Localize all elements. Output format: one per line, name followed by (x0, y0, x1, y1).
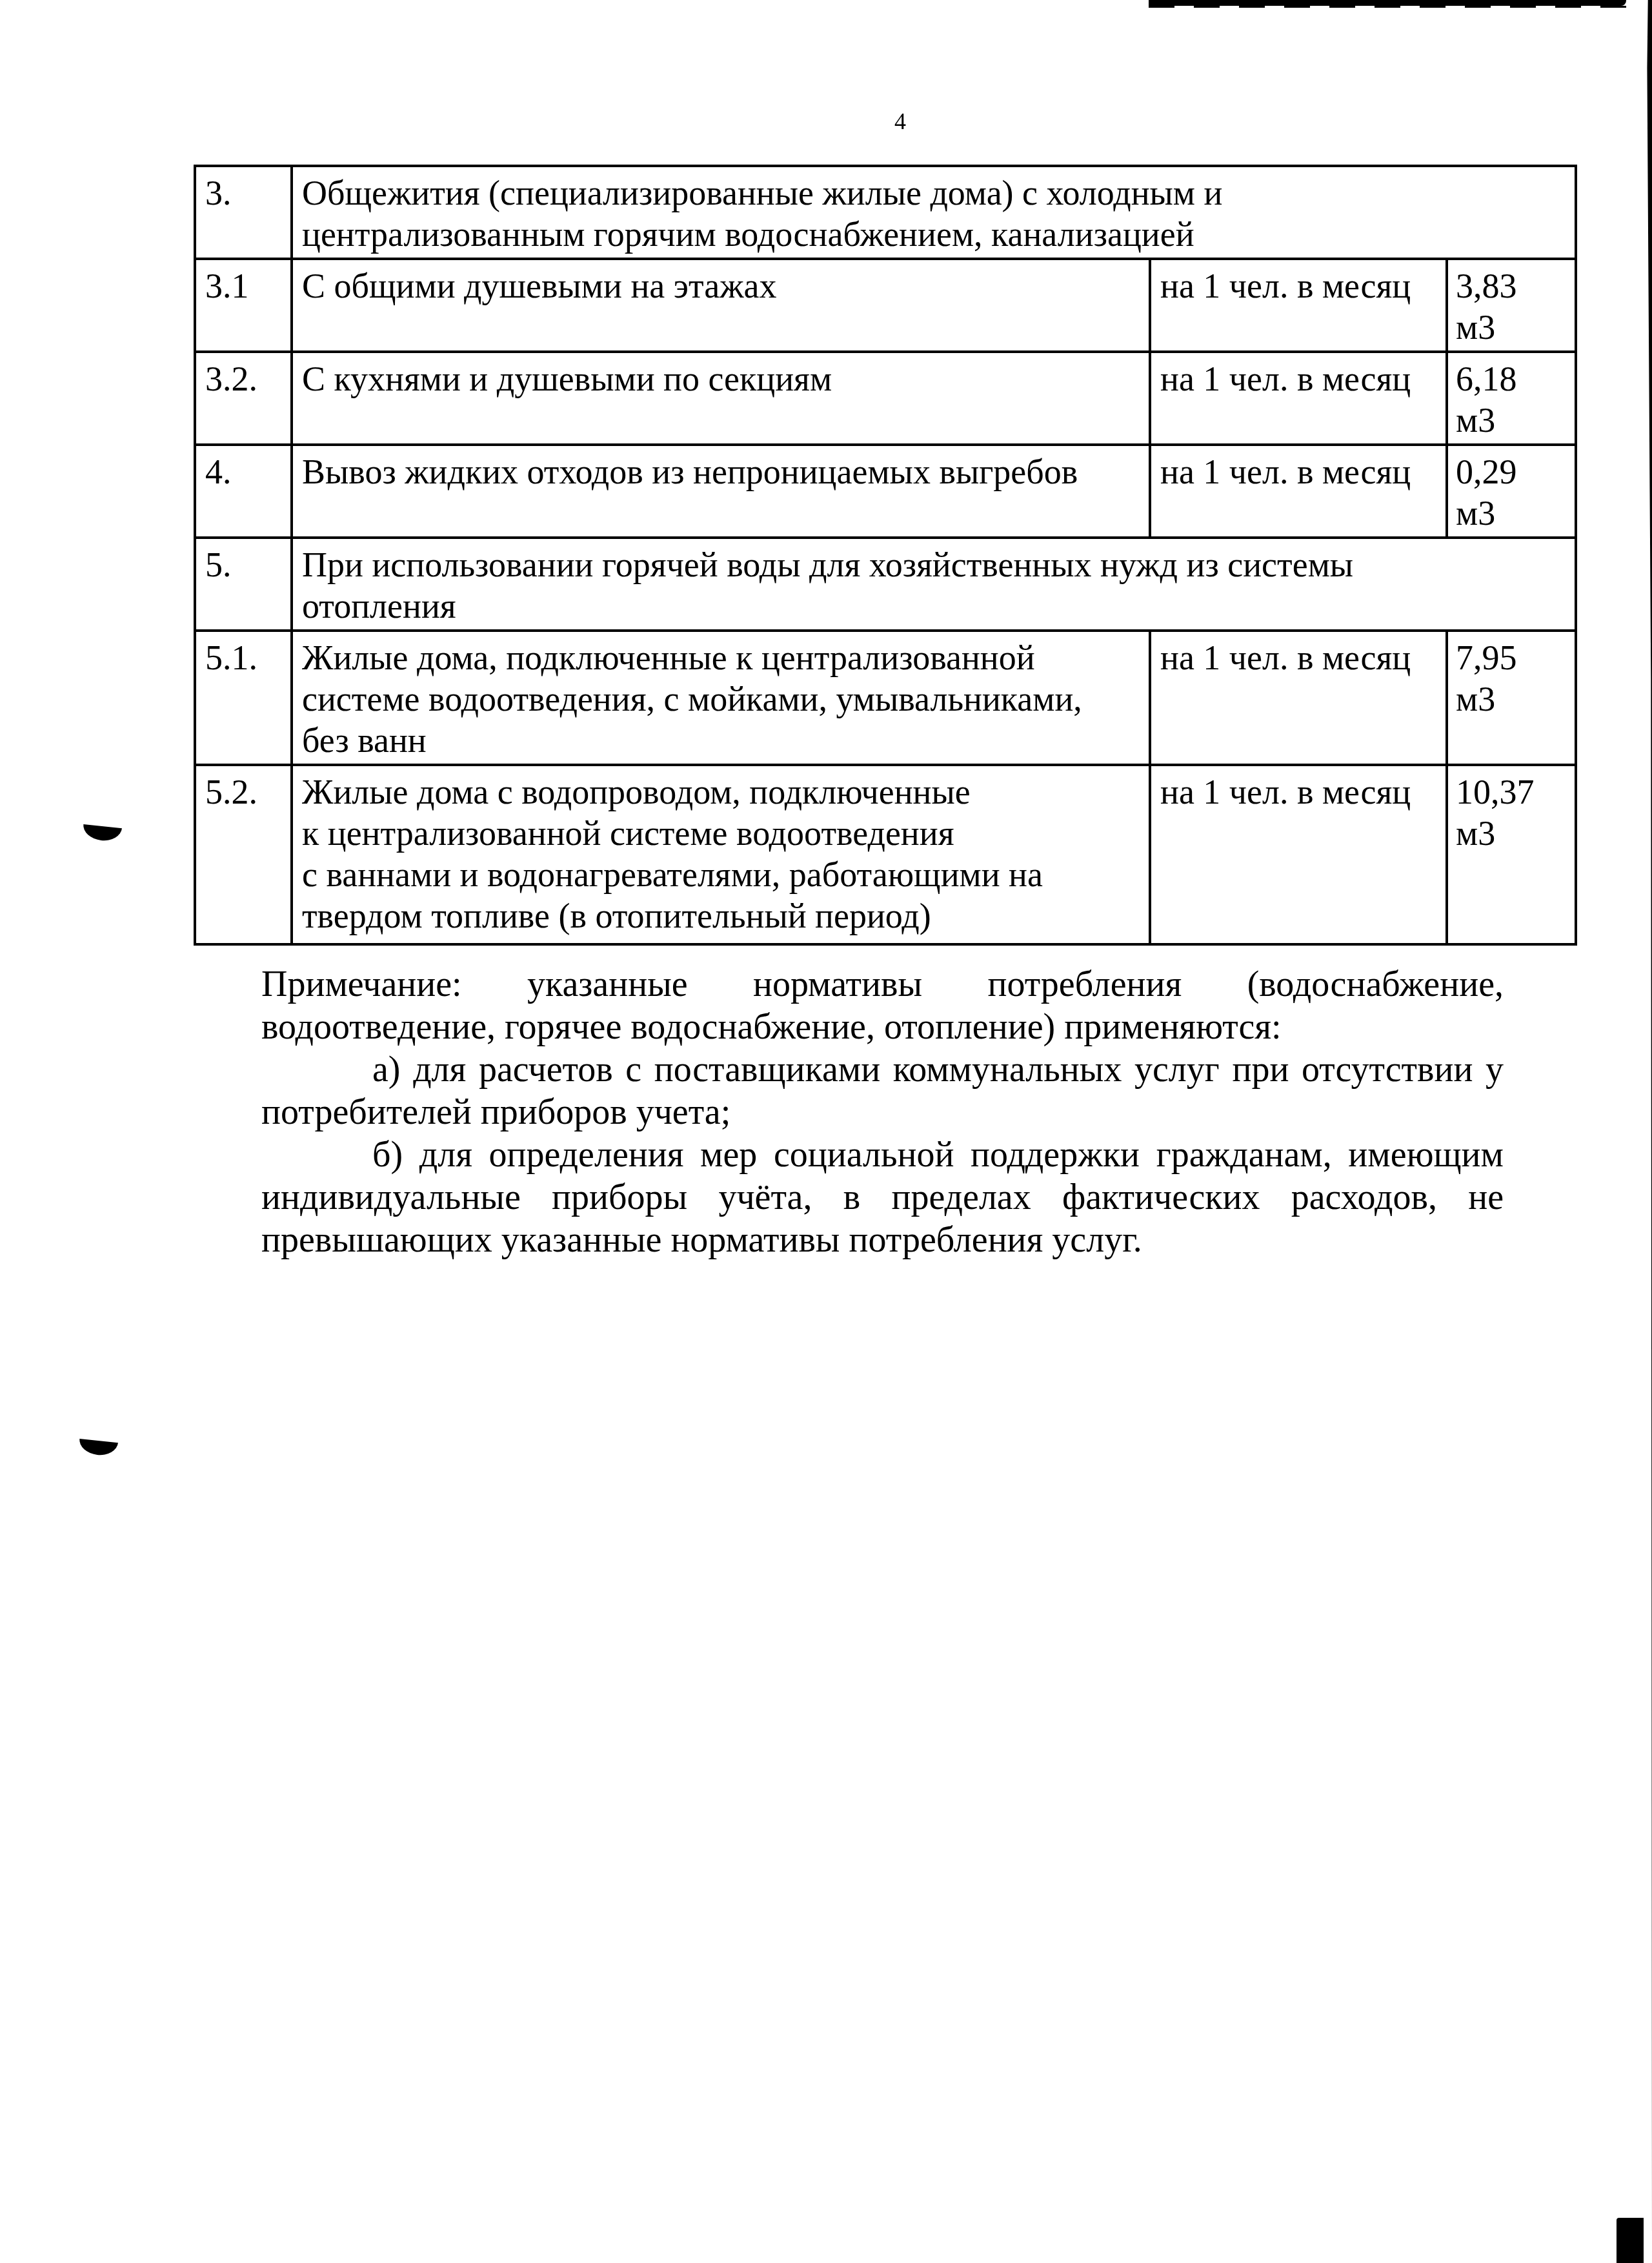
row-description: С общими душевыми на этажах (292, 259, 1150, 352)
row-description: Общежития (специализированные жилые дома… (292, 166, 1576, 259)
table-row-section: 5. При использовании горячей воды для хо… (195, 538, 1576, 631)
table-row-section: 3. Общежития (специализированные жилые д… (195, 166, 1576, 259)
description-line: Вывоз жидких отходов из непроницаемых вы… (302, 451, 1140, 492)
row-number: 5.1. (195, 631, 292, 765)
scan-top-edge (1149, 0, 1626, 6)
note-item-a: а) для расчетов с поставщиками коммуналь… (261, 1048, 1504, 1091)
description-line: твердом топливе (в отопительный период) (302, 895, 1140, 937)
norm-value: 3,83 (1456, 265, 1566, 307)
row-number: 5.2. (195, 765, 292, 944)
scan-punch-mark (82, 824, 122, 842)
norm-value-unit: м3 (1456, 307, 1566, 348)
table-row: 3.1 С общими душевыми на этажах на 1 чел… (195, 259, 1576, 352)
norm-value-unit: м3 (1456, 813, 1566, 854)
norm-value: 7,95 (1456, 637, 1566, 678)
note-item-b: б) для определения мер социальной поддер… (261, 1133, 1504, 1176)
consumption-norms-table: 3. Общежития (специализированные жилые д… (194, 165, 1577, 946)
row-description: С кухнями и душевыми по секциям (292, 352, 1150, 445)
row-number: 3. (195, 166, 292, 259)
row-number: 4. (195, 445, 292, 538)
description-line: При использовании горячей воды для хозяй… (302, 544, 1566, 585)
norm-value: 0,29 (1456, 451, 1566, 492)
table-row: 3.2. С кухнями и душевыми по секциям на … (195, 352, 1576, 445)
description-line: Жилые дома с водопроводом, подключенные (302, 771, 1140, 813)
row-unit: на 1 чел. в месяц (1150, 631, 1447, 765)
description-line: централизованным горячим водоснабжением,… (302, 214, 1566, 255)
row-unit: на 1 чел. в месяц (1150, 259, 1447, 352)
scan-punch-mark (78, 1439, 118, 1457)
row-value: 7,95 м3 (1447, 631, 1576, 765)
row-description: При использовании горячей воды для хозяй… (292, 538, 1576, 631)
row-unit: на 1 чел. в месяц (1150, 765, 1447, 944)
note-line: потребителей приборов учета; (261, 1091, 1504, 1133)
row-number: 5. (195, 538, 292, 631)
note-line: индивидуальные приборы учёта, в пределах… (261, 1176, 1504, 1219)
row-unit: на 1 чел. в месяц (1150, 352, 1447, 445)
row-unit: на 1 чел. в месяц (1150, 445, 1447, 538)
description-line: отопления (302, 585, 1566, 627)
norm-value: 6,18 (1456, 358, 1566, 400)
row-number: 3.2. (195, 352, 292, 445)
row-value: 3,83 м3 (1447, 259, 1576, 352)
norm-value-unit: м3 (1456, 678, 1566, 720)
page-number: 4 (884, 107, 916, 136)
note-line: водоотведение, горячее водоснабжение, от… (261, 1006, 1504, 1048)
row-value: 0,29 м3 (1447, 445, 1576, 538)
description-line: системе водоотведения, с мойками, умывал… (302, 678, 1140, 720)
description-line: с ваннами и водонагревателями, работающи… (302, 854, 1140, 895)
description-line: С общими душевыми на этажах (302, 265, 1140, 307)
table-row: 5.1. Жилые дома, подключенные к централи… (195, 631, 1576, 765)
description-line: Общежития (специализированные жилые дома… (302, 172, 1566, 214)
norm-value: 10,37 (1456, 771, 1566, 813)
scan-corner-mark (1617, 2218, 1644, 2263)
row-description: Вывоз жидких отходов из непроницаемых вы… (292, 445, 1150, 538)
row-value: 10,37 м3 (1447, 765, 1576, 944)
norm-value-unit: м3 (1456, 492, 1566, 534)
row-number: 3.1 (195, 259, 292, 352)
note-paragraph: Примечание: указанные нормативы потребле… (261, 963, 1504, 1261)
description-line: без ванн (302, 720, 1140, 761)
description-line: к централизованной системе водоотведения (302, 813, 1140, 854)
norm-value-unit: м3 (1456, 400, 1566, 441)
row-value: 6,18 м3 (1447, 352, 1576, 445)
table-row: 4. Вывоз жидких отходов из непроницаемых… (195, 445, 1576, 538)
scan-right-edge (1625, 0, 1652, 2263)
row-description: Жилые дома, подключенные к централизован… (292, 631, 1150, 765)
description-line: Жилые дома, подключенные к централизован… (302, 637, 1140, 678)
row-description: Жилые дома с водопроводом, подключенные … (292, 765, 1150, 944)
note-line: Примечание: указанные нормативы потребле… (261, 963, 1504, 1006)
note-line: превышающих указанные нормативы потребле… (261, 1219, 1504, 1261)
table-row: 5.2. Жилые дома с водопроводом, подключе… (195, 765, 1576, 944)
description-line: С кухнями и душевыми по секциям (302, 358, 1140, 400)
